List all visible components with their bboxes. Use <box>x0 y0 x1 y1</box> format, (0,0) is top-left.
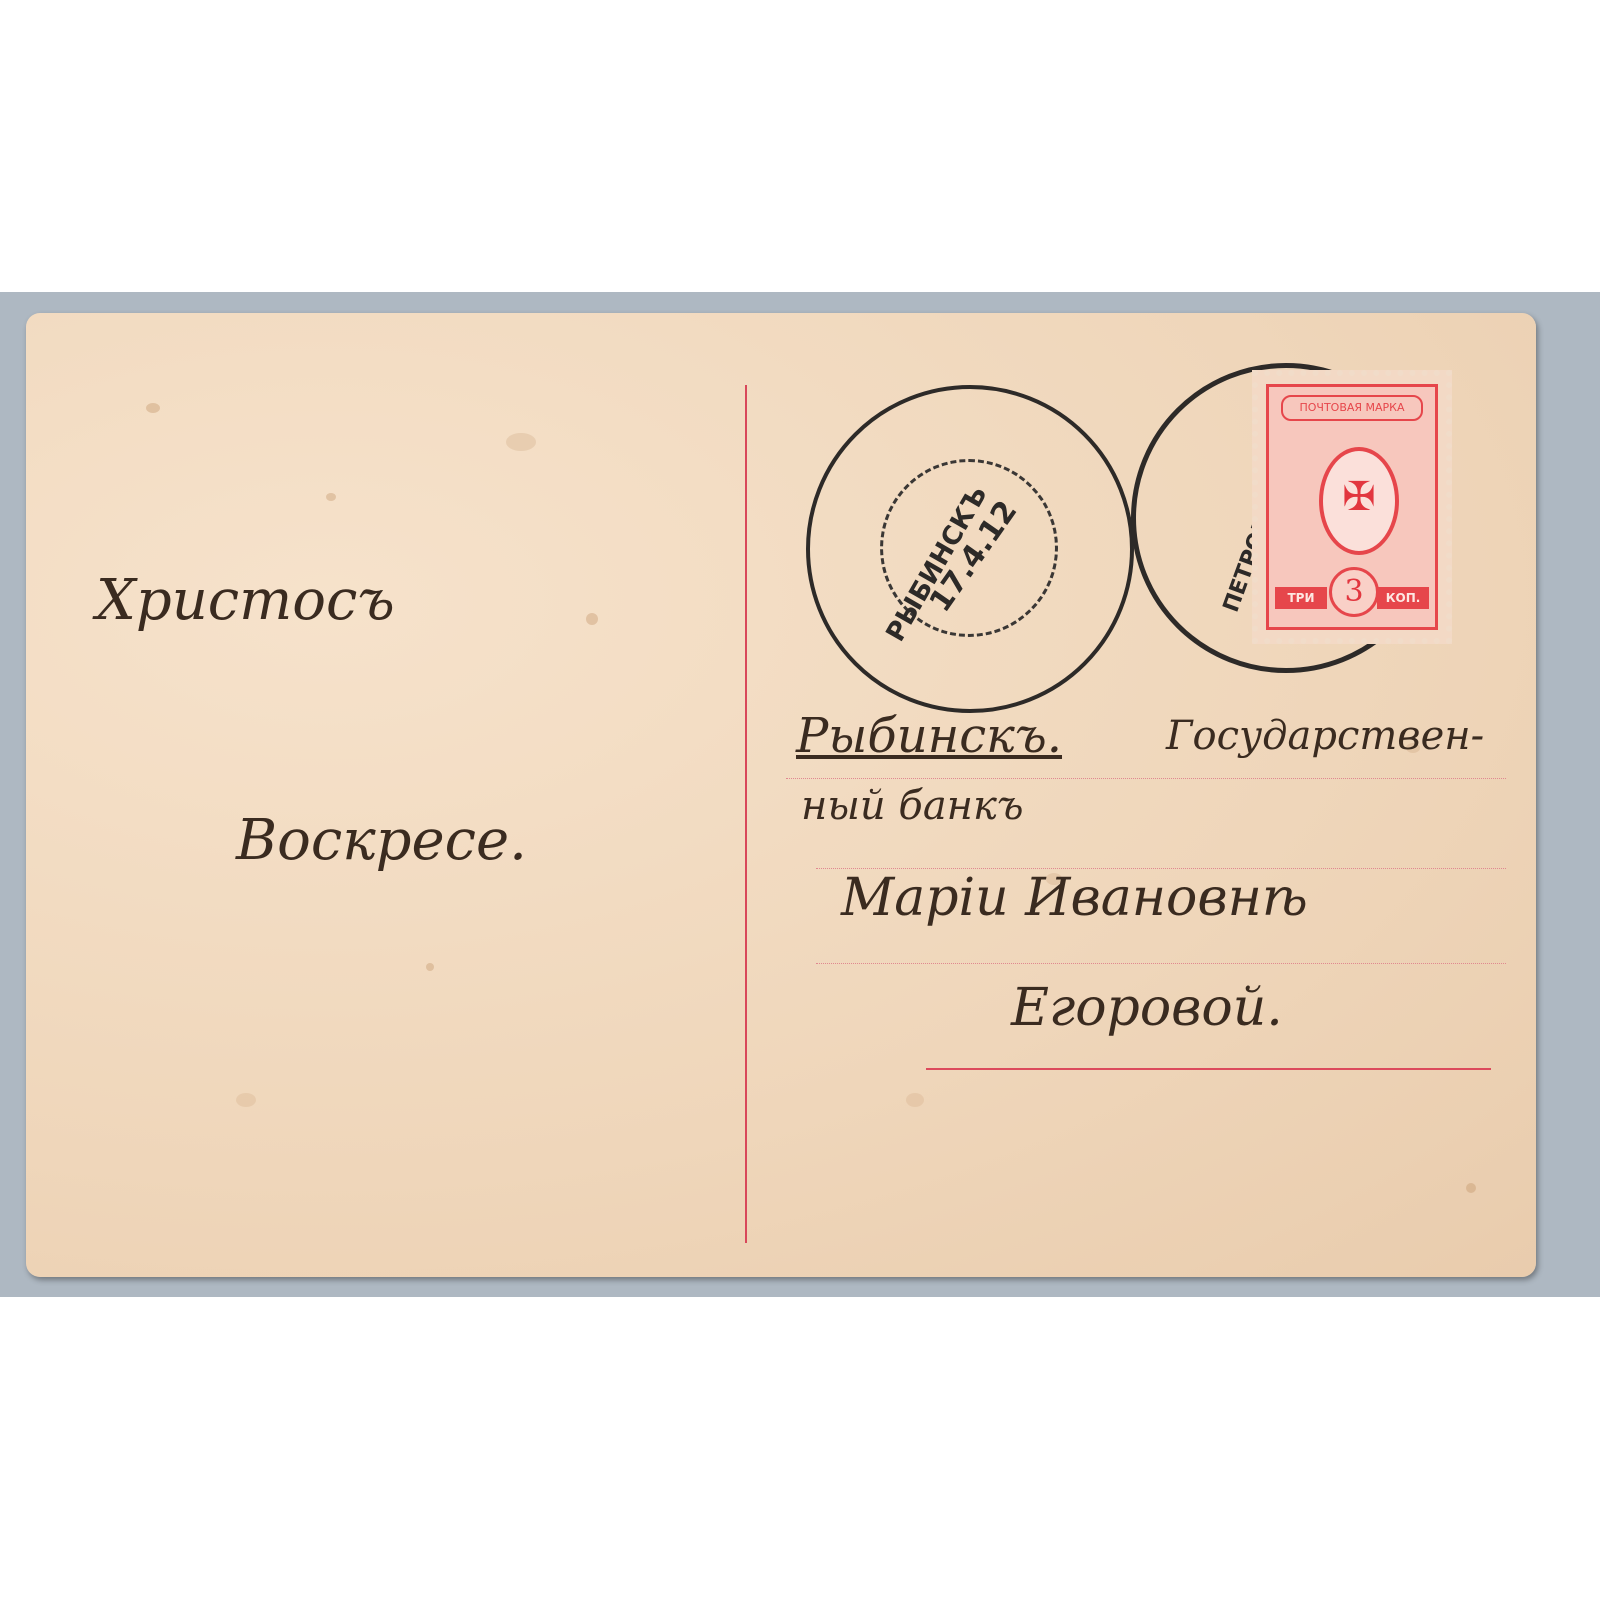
address-recipient-name: Марiи Ивановнѣ <box>841 868 1308 928</box>
postcard: Христосъ Воскресе. Рыбинскъ. Государстве… <box>26 313 1536 1277</box>
address-line-2-text: ный банкъ <box>801 783 1024 829</box>
address-line-4 <box>926 1068 1491 1070</box>
double-headed-eagle-icon: ✠ <box>1323 477 1395 517</box>
postage-stamp: ПОЧТОВАЯ МАРКА ✠ ТРИ 3 КОП. <box>1252 370 1452 644</box>
stamp-label-left: ТРИ <box>1275 587 1327 609</box>
address-line-1 <box>786 778 1506 779</box>
address-city: Рыбинскъ. <box>796 708 1062 764</box>
message-line-2: Воскресе. <box>236 808 527 873</box>
message-line-1: Христосъ <box>96 568 395 633</box>
address-line-3 <box>816 963 1506 964</box>
stamp-label-right: КОП. <box>1377 587 1429 609</box>
stamp-denomination: 3 <box>1329 567 1379 617</box>
card-divider-line <box>745 385 747 1243</box>
stamp-header: ПОЧТОВАЯ МАРКА <box>1281 395 1423 421</box>
address-line-1-text: Государствен- <box>1166 713 1484 759</box>
address-recipient-surname: Егоровой. <box>1011 978 1283 1038</box>
postmark-rybinsk: РЫБИНСКЪ 17.4.12 <box>806 385 1134 713</box>
